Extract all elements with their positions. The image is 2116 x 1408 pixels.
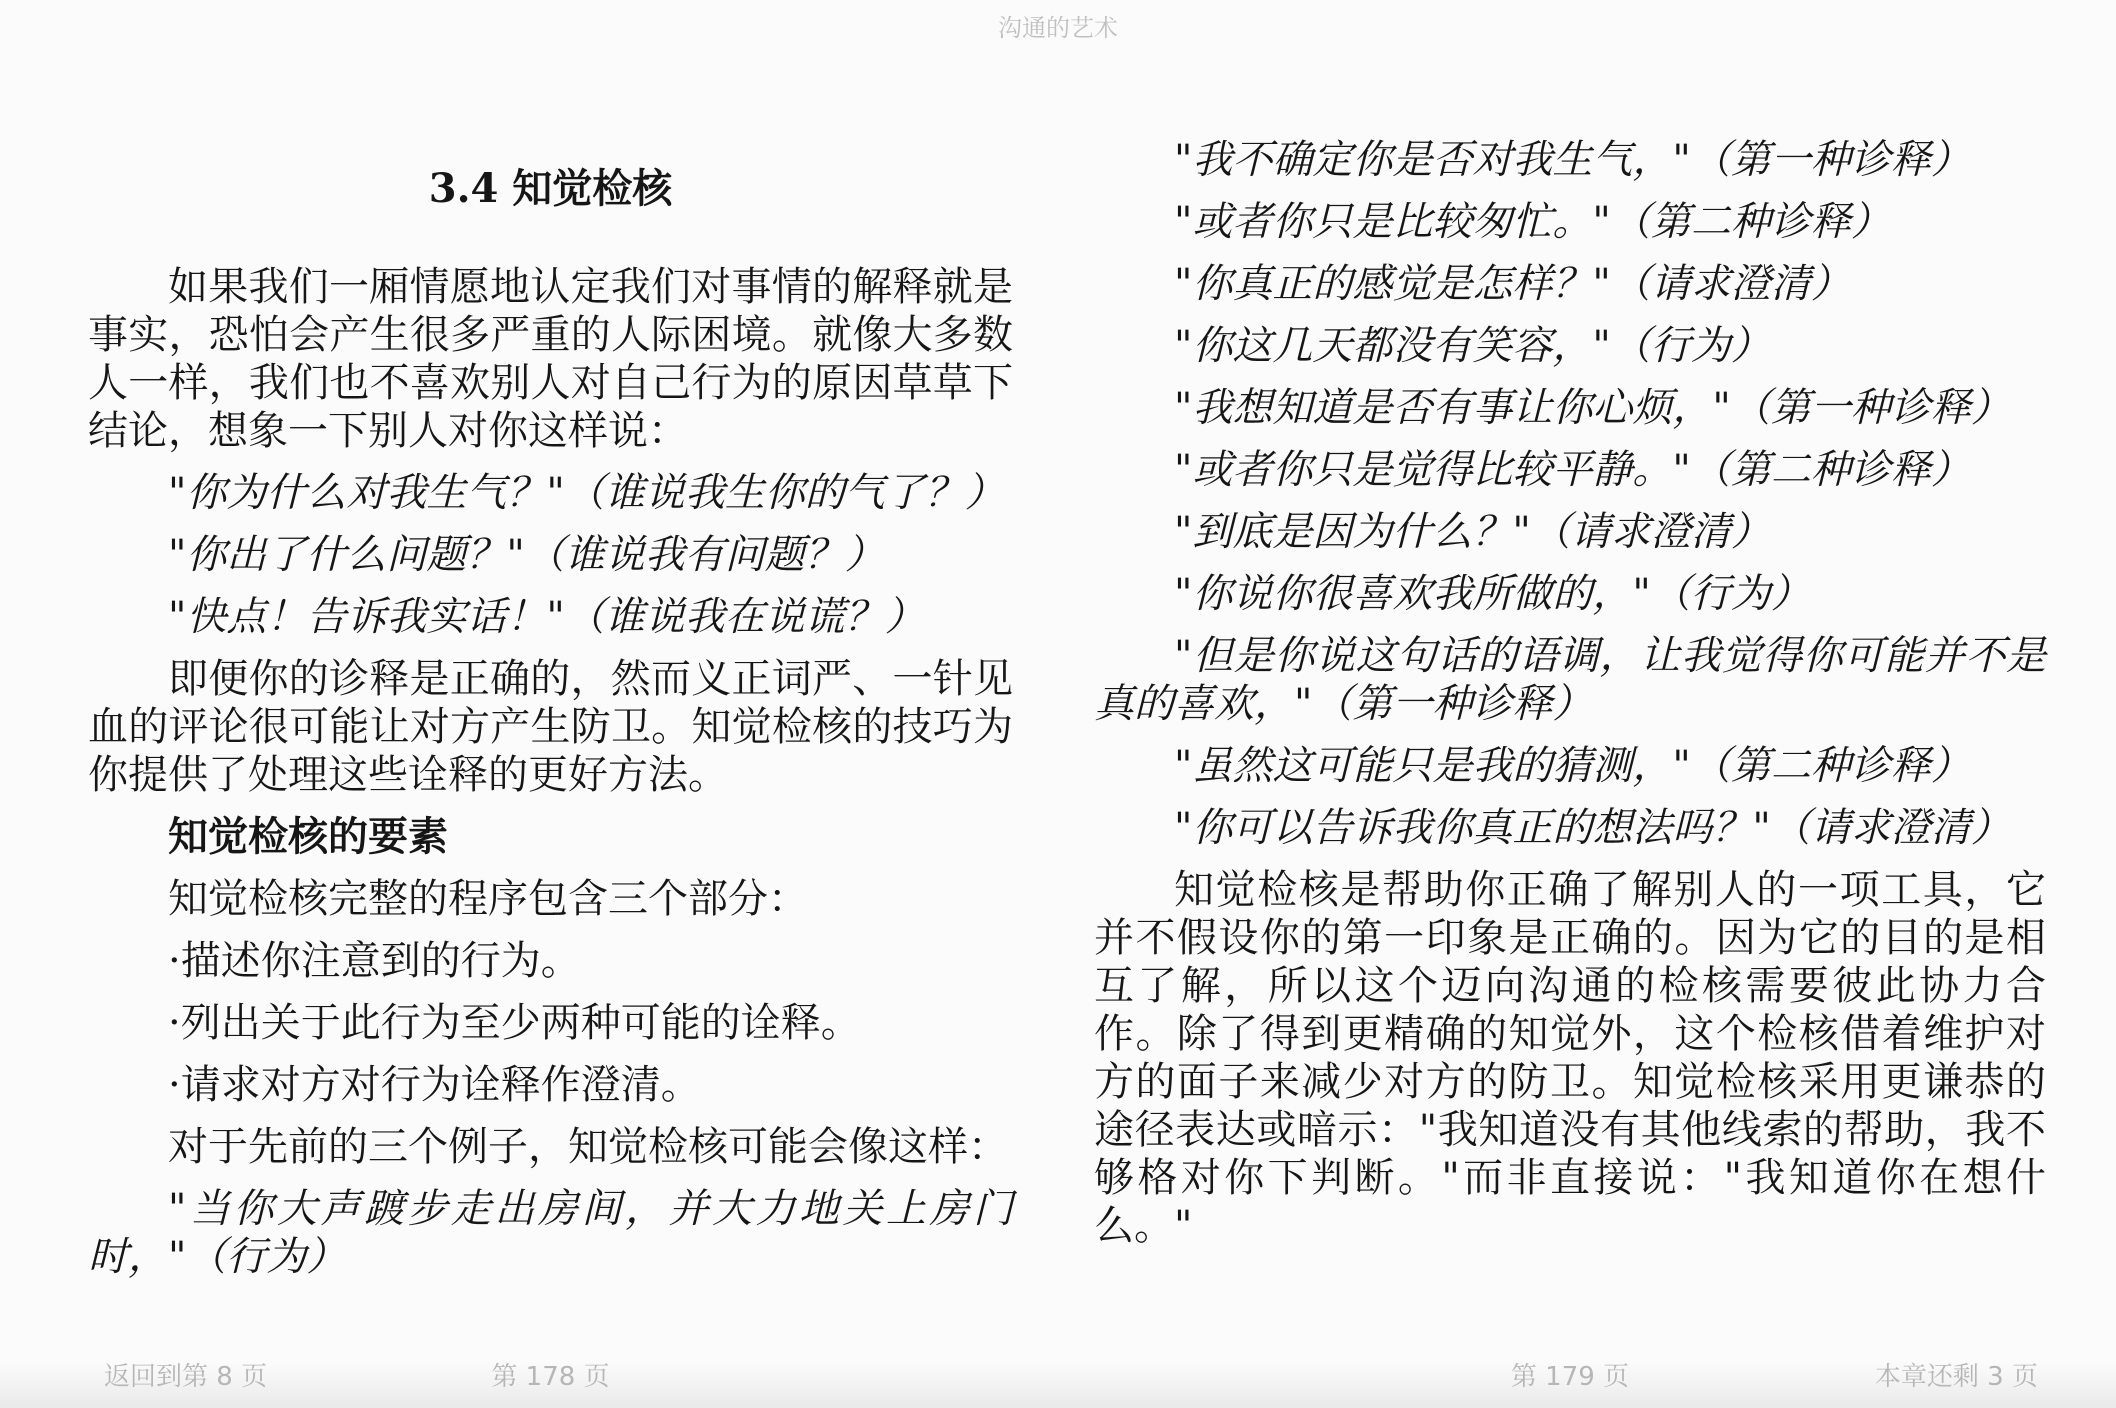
quote-line: "快点！告诉我实话！"（谁说我在说谎？） xyxy=(88,593,1013,641)
paragraph: 如果我们一厢情愿地认定我们对事情的解释就是事实，恐怕会产生很多严重的人际困境。就… xyxy=(88,263,1013,455)
paragraph: 知觉检核完整的程序包含三个部分： xyxy=(88,875,1013,923)
quote-line: "虽然这可能只是我的猜测，"（第二种诊释） xyxy=(1094,742,2046,790)
quote-line: "你可以告诉我你真正的想法吗？"（请求澄清） xyxy=(1094,804,2046,852)
quote-line: "我想知道是否有事让你心烦，"（第一种诊释） xyxy=(1094,384,2046,432)
quote-line: "你说你很喜欢我所做的，"（行为） xyxy=(1094,570,2046,618)
paragraph: 即便你的诊释是正确的，然而义正词严、一针见血的评论很可能让对方产生防卫。知觉检核… xyxy=(88,655,1013,799)
quote-line: "你这几天都没有笑容，"（行为） xyxy=(1094,322,2046,370)
section-title: 3.4 知觉检核 xyxy=(88,165,1013,213)
bullet-item: ·描述你注意到的行为。 xyxy=(88,937,1013,985)
page-right: "我不确定你是否对我生气，"（第一种诊释） "或者你只是比较匆忙。"（第二种诊释… xyxy=(1094,136,2046,1250)
bullet-item: ·列出关于此行为至少两种可能的诠释。 xyxy=(88,999,1013,1047)
footer-chapter-remaining: 本章还剩 3 页 xyxy=(1875,1356,2038,1393)
footer-back-link[interactable]: 返回到第 8 页 xyxy=(104,1356,267,1393)
quote-line: "你真正的感觉是怎样？"（请求澄清） xyxy=(1094,260,2046,308)
page-left: 3.4 知觉检核 如果我们一厢情愿地认定我们对事情的解释就是事实，恐怕会产生很多… xyxy=(88,165,1013,1281)
paragraph: 对于先前的三个例子，知觉检核可能会像这样： xyxy=(88,1123,1013,1171)
paragraph: 知觉检核是帮助你正确了解别人的一项工具，它并不假设你的第一印象是正确的。因为它的… xyxy=(1094,866,2046,1250)
quote-line: "当你大声踱步走出房间，并大力地关上房门时，"（行为） xyxy=(88,1185,1013,1281)
quote-line: "到底是因为什么？"（请求澄清） xyxy=(1094,508,2046,556)
bullet-item: ·请求对方对行为诠释作澄清。 xyxy=(88,1061,1013,1109)
book-title: 沟通的艺术 xyxy=(0,8,2116,43)
quote-line: "你出了什么问题？"（谁说我有问题？） xyxy=(88,531,1013,579)
quote-line: "或者你只是比较匆忙。"（第二种诊释） xyxy=(1094,198,2046,246)
quote-line: "我不确定你是否对我生气，"（第一种诊释） xyxy=(1094,136,2046,184)
quote-line: "或者你只是觉得比较平静。"（第二种诊释） xyxy=(1094,446,2046,494)
quote-line: "但是你说这句话的语调，让我觉得你可能并不是真的喜欢，"（第一种诊释） xyxy=(1094,632,2046,728)
subheading: 知觉检核的要素 xyxy=(88,813,1013,861)
quote-line: "你为什么对我生气？"（谁说我生你的气了？） xyxy=(88,469,1013,517)
